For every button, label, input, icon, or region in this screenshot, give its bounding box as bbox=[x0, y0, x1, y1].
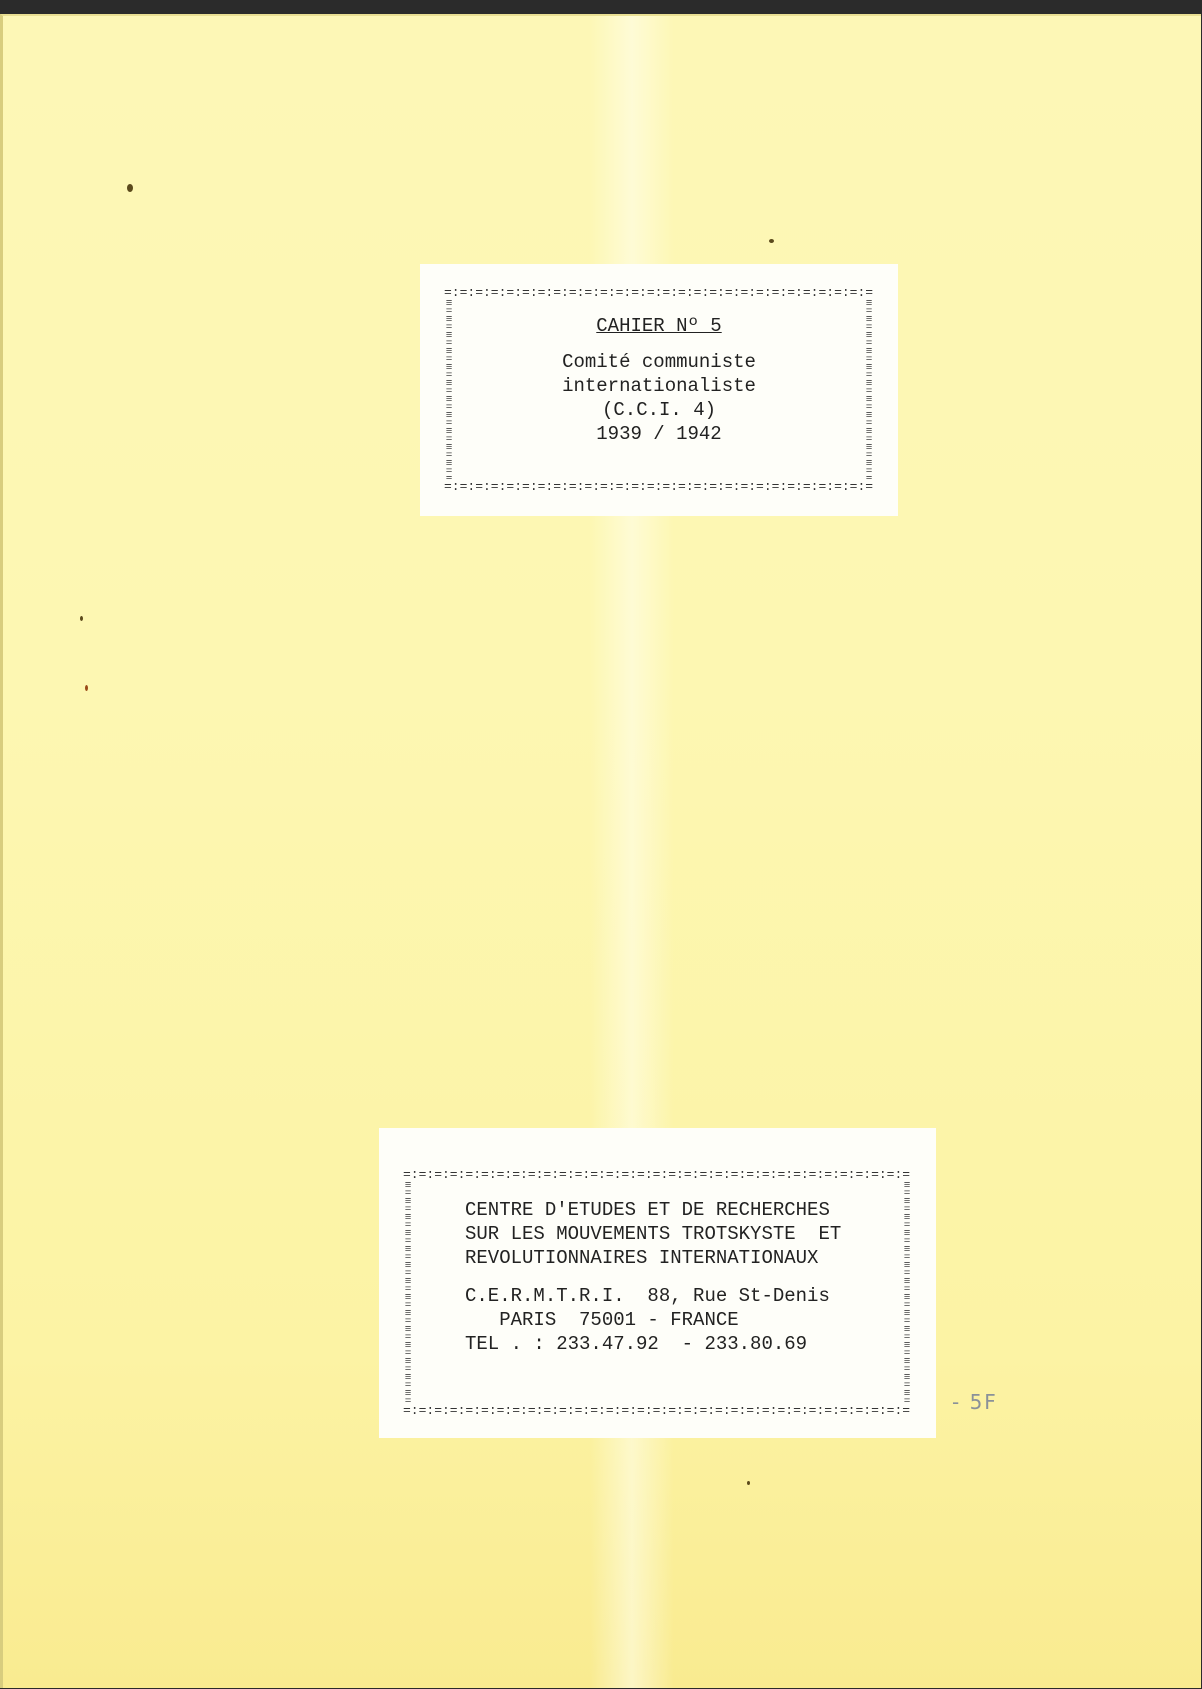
handwritten-price-note: - 5F bbox=[952, 1390, 998, 1414]
publisher-phone-line: TEL . : 233.47.92 - 233.80.69 bbox=[465, 1332, 906, 1356]
title-line: (C.C.I. 4) bbox=[460, 398, 858, 422]
publisher-address-line: C.E.R.M.T.R.I. 88, Rue St-Denis bbox=[465, 1284, 906, 1308]
publisher-label: =:=:=:=:=:=:=:=:=:=:=:=:=:=:=:=:=:=:=:=:… bbox=[379, 1128, 936, 1438]
title-line: internationaliste bbox=[460, 374, 858, 398]
label-border-left: ≡ = ≡ = ≡ = ≡ = ≡ = ≡ = ≡ = ≡ = ≡ = ≡ = … bbox=[444, 300, 454, 480]
stain-mark bbox=[80, 616, 83, 621]
publisher-name-line: CENTRE D'ETUDES ET DE RECHERCHES bbox=[465, 1198, 906, 1222]
stain-mark bbox=[85, 685, 88, 691]
publisher-name-line: SUR LES MOUVEMENTS TROTSKYSTE ET bbox=[465, 1222, 906, 1246]
stain-mark bbox=[127, 184, 133, 192]
title-line: 1939 / 1942 bbox=[460, 422, 858, 446]
label-border-left: ≡ = ≡ = ≡ = ≡ = ≡ = ≡ = ≡ = ≡ = ≡ = ≡ = … bbox=[403, 1182, 413, 1402]
title-label: =:=:=:=:=:=:=:=:=:=:=:=:=:=:=:=:=:=:=:=:… bbox=[420, 264, 898, 516]
cahier-title: CAHIER Nº 5 bbox=[460, 314, 858, 338]
label-border-top: =:=:=:=:=:=:=:=:=:=:=:=:=:=:=:=:=:=:=:=:… bbox=[403, 1168, 912, 1182]
label-border-top: =:=:=:=:=:=:=:=:=:=:=:=:=:=:=:=:=:=:=:=:… bbox=[444, 286, 874, 300]
stain-mark bbox=[747, 1481, 750, 1485]
label-border-bottom: =:=:=:=:=:=:=:=:=:=:=:=:=:=:=:=:=:=:=:=:… bbox=[444, 480, 874, 494]
publisher-name-line: REVOLUTIONNAIRES INTERNATIONAUX bbox=[465, 1246, 906, 1270]
stain-mark bbox=[769, 239, 774, 243]
title-line: Comité communiste bbox=[460, 350, 858, 374]
publisher-address-line: PARIS 75001 - FRANCE bbox=[465, 1308, 906, 1332]
label-border-right: ≡ = ≡ = ≡ = ≡ = ≡ = ≡ = ≡ = ≡ = ≡ = ≡ = … bbox=[864, 300, 874, 480]
label-border-bottom: =:=:=:=:=:=:=:=:=:=:=:=:=:=:=:=:=:=:=:=:… bbox=[403, 1404, 912, 1418]
